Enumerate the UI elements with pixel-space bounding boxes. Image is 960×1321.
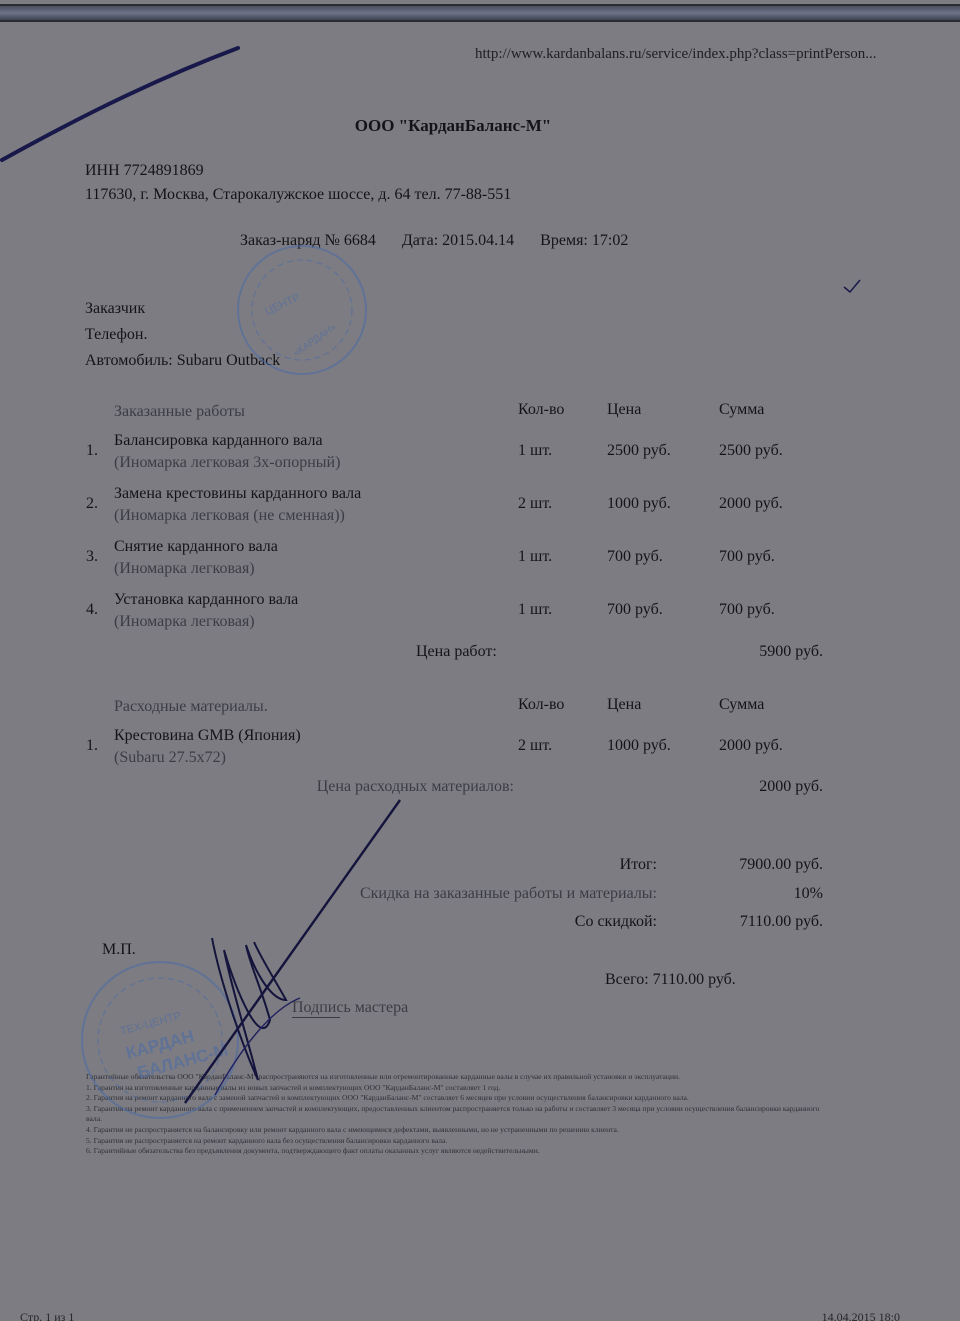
row-name: Балансировка карданного вала (114, 430, 323, 452)
materials-total-value: 2000 руб. (759, 778, 823, 796)
row-price: 700 руб. (607, 601, 663, 619)
page-number: Стр. 1 из 1 (20, 1310, 74, 1321)
scanner-edge (0, 4, 960, 22)
signature-scribble-icon (212, 938, 286, 1080)
svg-text:«КАРДАН»: «КАРДАН» (291, 321, 339, 359)
row-detail: (Иномарка легковая (не сменная)) (114, 505, 345, 527)
row-index: 1. (86, 442, 98, 460)
car-info: Автомобиль: Subaru Outback (85, 352, 280, 370)
row-index: 4. (86, 601, 98, 619)
materials-header-name: Расходные материалы. (114, 696, 268, 718)
row-sum: 2000 руб. (719, 737, 783, 755)
discounted-label: Со скидкой: (575, 913, 657, 931)
warranty-terms: Гарантийные обязательства ООО "КарданБал… (86, 1072, 826, 1157)
row-qty: 1 шт. (518, 548, 552, 566)
svg-text:ЦЕНТР: ЦЕНТР (263, 291, 302, 318)
materials-header-qty: Кол-во (518, 696, 564, 714)
row-index: 2. (86, 495, 98, 513)
warranty-line: Гарантийные обязательства ООО "КарданБал… (86, 1072, 826, 1083)
svg-text:КАРДАН: КАРДАН (124, 1026, 196, 1062)
check-mark-icon (844, 280, 860, 292)
row-name: Снятие карданного вала (114, 536, 278, 558)
discount-value: 10% (794, 885, 823, 903)
warranty-line: 6. Гарантийные обязательства без предъяв… (86, 1146, 826, 1157)
row-name: Установка карданного вала (114, 589, 298, 611)
row-qty: 2 шт. (518, 495, 552, 513)
signature-stroke-icon (185, 800, 400, 1103)
row-price: 2500 руб. (607, 442, 671, 460)
pen-stroke-icon (2, 48, 238, 160)
row-price: 1000 руб. (607, 495, 671, 513)
row-sum: 700 руб. (719, 601, 775, 619)
signature-line (292, 1017, 340, 1018)
row-sum: 700 руб. (719, 548, 775, 566)
order-info: Заказ-наряд № 6684 Дата: 2015.04.14 Врем… (240, 232, 650, 250)
row-detail: (Иномарка легковая) (114, 611, 255, 633)
discount-label: Скидка на заказанные работы и материалы: (360, 885, 657, 903)
materials-total-label: Цена расходных материалов: (317, 778, 514, 796)
row-name: Замена крестовины карданного вала (114, 483, 361, 505)
subtotal-label: Итог: (620, 856, 657, 874)
order-number: Заказ-наряд № 6684 (240, 232, 376, 249)
order-date: Дата: 2015.04.14 (402, 232, 514, 249)
discounted-value: 7110.00 руб. (740, 913, 823, 931)
master-signature-label: Подпись мастера (292, 999, 408, 1017)
row-qty: 1 шт. (518, 442, 552, 460)
print-timestamp: 14.04.2015 18:0 (822, 1310, 900, 1321)
row-price: 1000 руб. (607, 737, 671, 755)
warranty-line: 3. Гарантия на ремонт карданного вала с … (86, 1104, 826, 1125)
phone-label: Телефон. (85, 326, 147, 344)
company-address: 117630, г. Москва, Старокалужское шоссе,… (85, 186, 511, 204)
warranty-line: 1. Гарантия на изготовленные карданные в… (86, 1083, 826, 1094)
row-detail: (Иномарка легковая) (114, 558, 255, 580)
customer-label: Заказчик (85, 300, 145, 318)
row-sum: 2500 руб. (719, 442, 783, 460)
svg-text:ТЕХ-ЦЕНТР: ТЕХ-ЦЕНТР (119, 1010, 183, 1038)
row-index: 1. (86, 737, 98, 755)
works-total-value: 5900 руб. (759, 643, 823, 661)
grand-total: Всего: 7110.00 руб. (605, 971, 736, 989)
print-url: http://www.kardanbalans.ru/service/index… (475, 46, 877, 63)
row-price: 700 руб. (607, 548, 663, 566)
row-qty: 2 шт. (518, 737, 552, 755)
warranty-line: 2. Гарантия на ремонт карданного вала с … (86, 1093, 826, 1104)
row-sum: 2000 руб. (719, 495, 783, 513)
works-header-price: Цена (607, 401, 641, 419)
works-header-name: Заказанные работы (114, 401, 245, 423)
subtotal-value: 7900.00 руб. (739, 856, 823, 874)
row-detail: (Иномарка легковая 3х-опорный) (114, 452, 340, 474)
works-header-qty: Кол-во (518, 401, 564, 419)
company-inn: ИНН 7724891869 (85, 162, 204, 180)
row-index: 3. (86, 548, 98, 566)
works-total-label: Цена работ: (416, 643, 497, 661)
row-name: Крестовина GMB (Япония) (114, 725, 301, 747)
stamp-place-label: М.П. (102, 941, 136, 959)
materials-header-sum: Сумма (719, 696, 764, 714)
works-header-sum: Сумма (719, 401, 764, 419)
row-qty: 1 шт. (518, 601, 552, 619)
company-name: ООО "КарданБаланс-М" (0, 116, 906, 136)
order-time: Время: 17:02 (540, 232, 628, 249)
warranty-line: 4. Гарантия не распространяется на балан… (86, 1125, 826, 1136)
materials-header-price: Цена (607, 696, 641, 714)
row-detail: (Subaru 27.5x72) (114, 747, 226, 769)
warranty-line: 5. Гарантия не распространяется на ремон… (86, 1136, 826, 1147)
